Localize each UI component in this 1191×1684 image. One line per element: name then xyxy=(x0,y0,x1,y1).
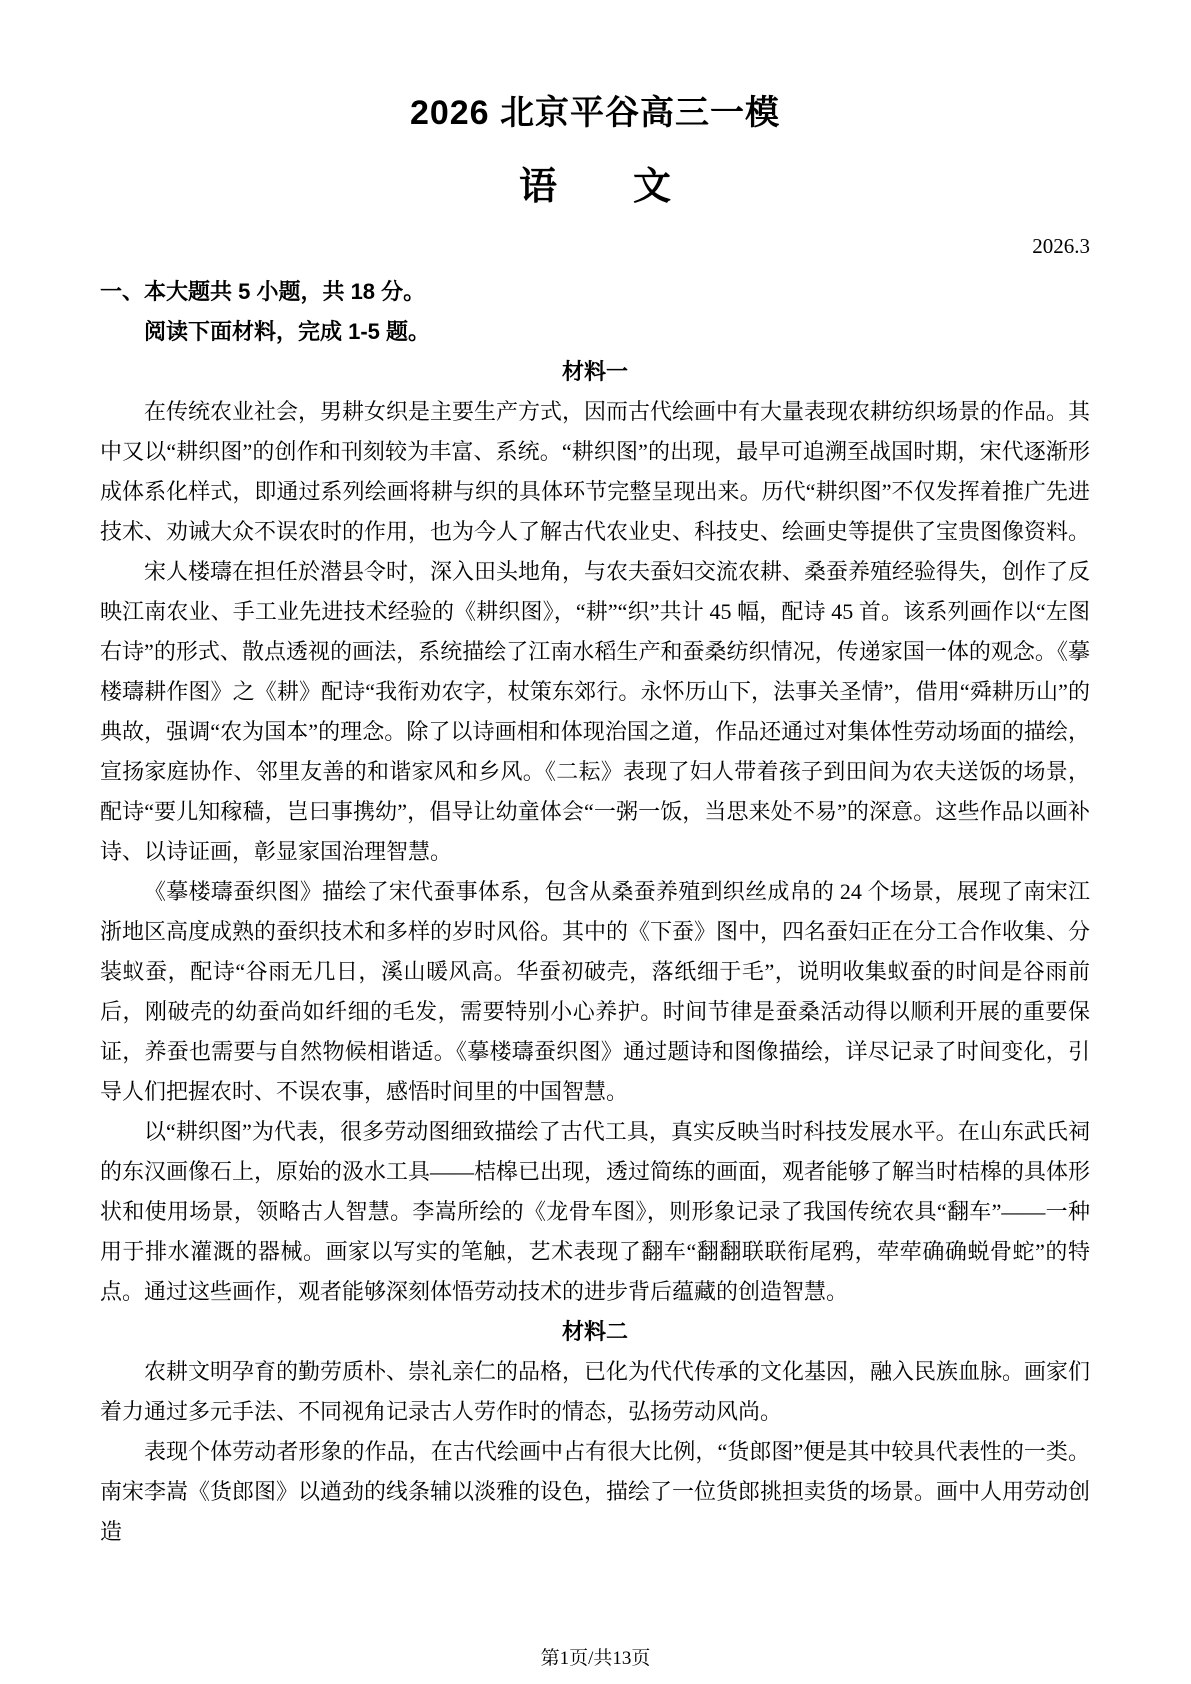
material-one-paragraph-4: 以“耕织图”为代表，很多劳动图细致描绘了古代工具，真实反映当时科技发展水平。在山… xyxy=(100,1112,1090,1312)
material-two-paragraph-1: 农耕文明孕育的勤劳质朴、崇礼亲仁的品格，已化为代代传承的文化基因，融入民族血脉。… xyxy=(100,1352,1090,1432)
reading-instruction: 阅读下面材料，完成 1-5 题。 xyxy=(100,312,1090,352)
page-number-indicator: 第1页/共13页 xyxy=(0,1645,1191,1673)
page-content: 2026 北京平谷高三一模 语 文 2026.3 一、本大题共 5 小题，共 1… xyxy=(0,0,1191,1552)
section-one-heading: 一、本大题共 5 小题，共 18 分。 xyxy=(100,272,1090,312)
material-one-paragraph-1: 在传统农业社会，男耕女织是主要生产方式，因而古代绘画中有大量表现农耕纺织场景的作… xyxy=(100,392,1090,552)
material-one-label: 材料一 xyxy=(100,352,1090,392)
material-two-label: 材料二 xyxy=(100,1312,1090,1352)
material-one-paragraph-2: 宋人楼璹在担任於潜县令时，深入田头地角，与农夫蚕妇交流农耕、桑蚕养殖经验得失，创… xyxy=(100,552,1090,872)
exam-date: 2026.3 xyxy=(100,232,1090,260)
material-one-paragraph-3: 《摹楼璹蚕织图》描绘了宋代蚕事体系，包含从桑蚕养殖到织丝成帛的 24 个场景，展… xyxy=(100,872,1090,1112)
subject-title: 语 文 xyxy=(100,162,1090,212)
material-two-paragraph-2: 表现个体劳动者形象的作品，在古代绘画中占有很大比例，“货郎图”便是其中较具代表性… xyxy=(100,1432,1090,1552)
page-title: 2026 北京平谷高三一模 xyxy=(100,90,1090,136)
exam-paper-page: 2026 北京平谷高三一模 语 文 2026.3 一、本大题共 5 小题，共 1… xyxy=(0,0,1191,1684)
